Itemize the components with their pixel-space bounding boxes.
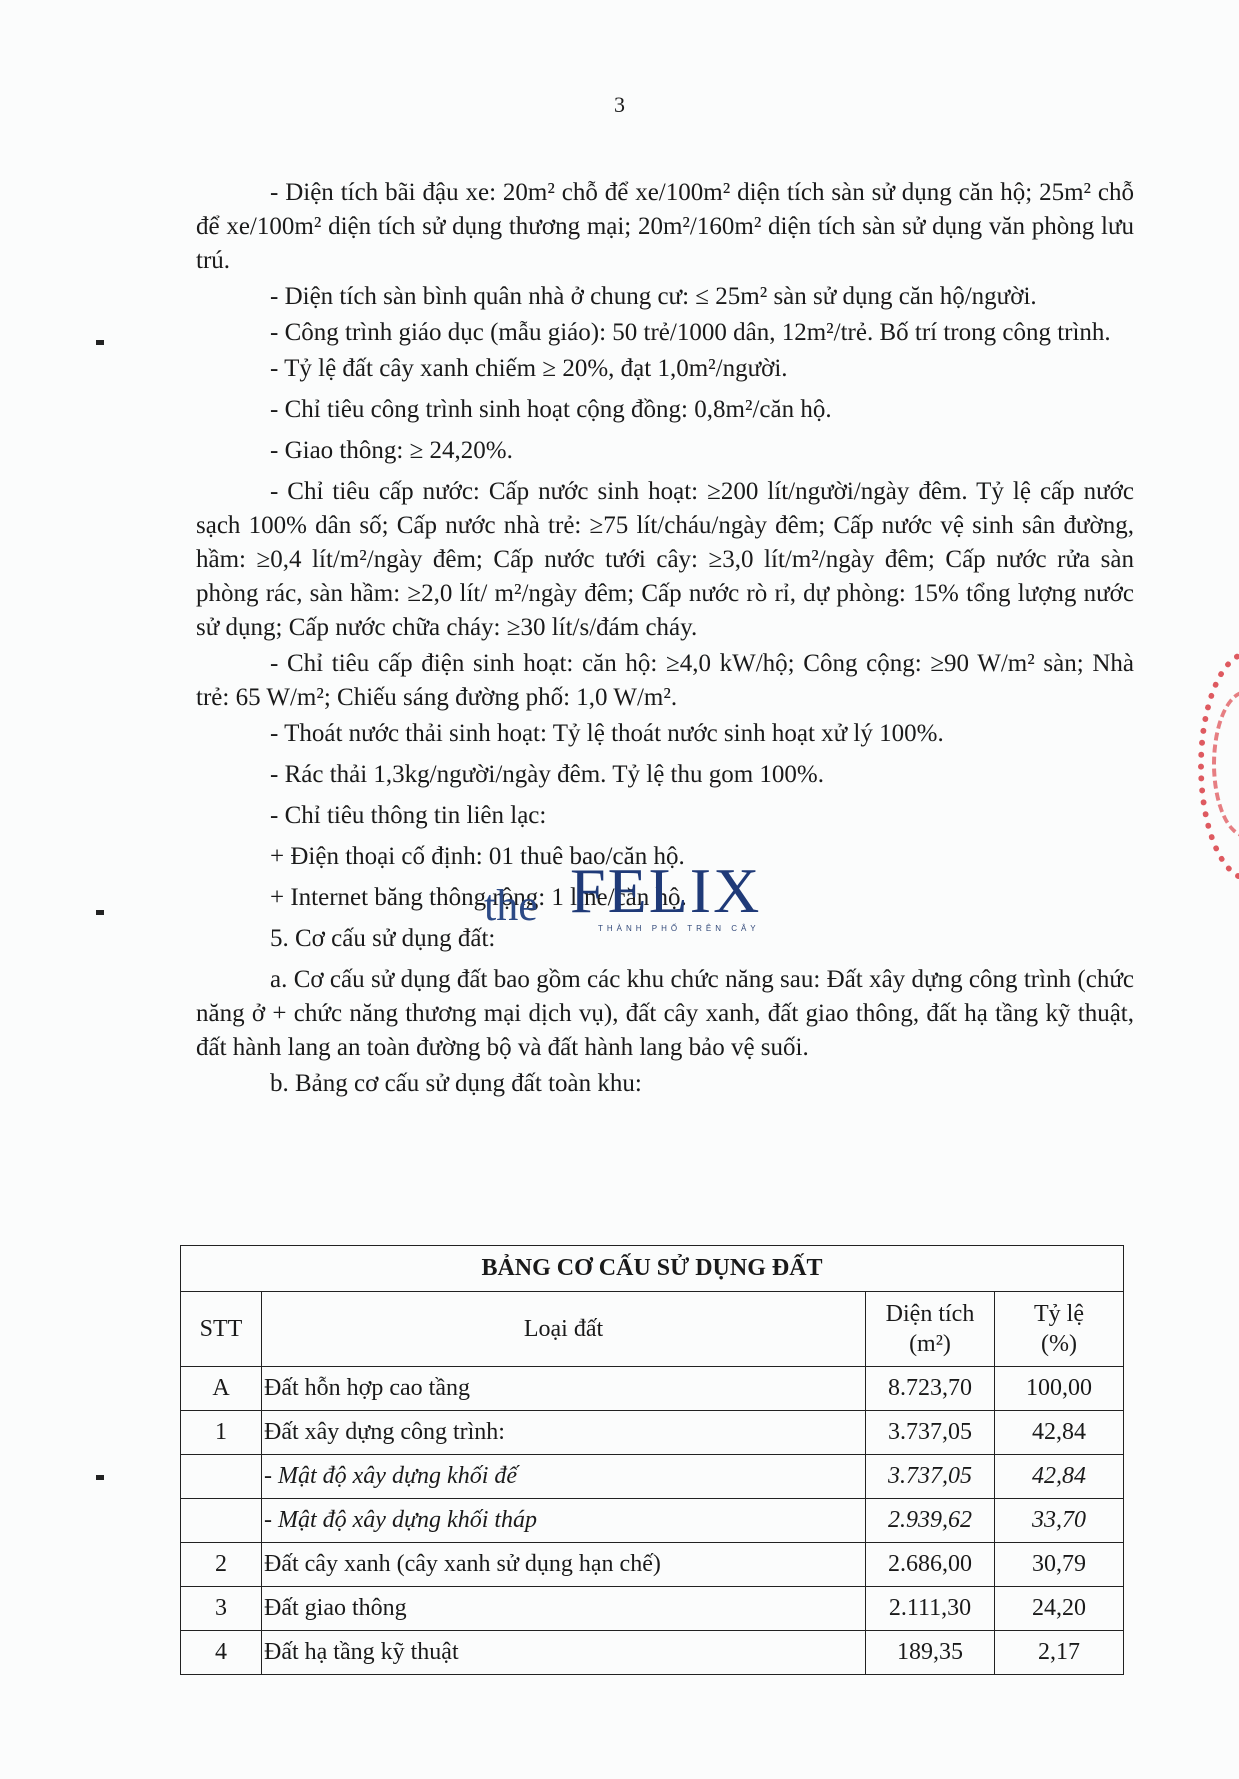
scan-mark [96,910,104,915]
header-ratio: Tỷ lệ(%) [995,1292,1124,1367]
row-ratio: 2,17 [995,1631,1124,1675]
row-land-type: - Mật độ xây dựng khối tháp [262,1499,866,1543]
land-use-table: BẢNG CƠ CẤU SỬ DỤNG ĐẤT STT Loại đất Diệ… [180,1245,1124,1675]
header-ratio-unit: (%) [1041,1331,1077,1357]
row-land-type: Đất hạ tầng kỹ thuật [262,1631,866,1675]
paragraph: - Giao thông: ≥ 24,20%. [196,434,1134,468]
row-area: 3.737,05 [866,1411,995,1455]
row-ratio: 42,84 [995,1455,1124,1499]
paragraph: - Thoát nước thải sinh hoạt: Tỷ lệ thoát… [196,717,1134,751]
scan-mark [96,340,104,345]
table-row: - Mật độ xây dựng khối đế3.737,0542,84 [181,1455,1124,1499]
row-ratio: 33,70 [995,1499,1124,1543]
table-row: 2Đất cây xanh (cây xanh sử dụng hạn chế)… [181,1543,1124,1587]
header-land-type: Loại đất [262,1292,866,1367]
page-number: 3 [0,92,1239,118]
table-row: 4Đất hạ tầng kỹ thuật189,352,17 [181,1631,1124,1675]
paragraph: - Diện tích bãi đậu xe: 20m² chỗ để xe/1… [196,176,1134,278]
paragraph: 5. Cơ cấu sử dụng đất: [196,922,1134,956]
row-area: 2.686,00 [866,1543,995,1587]
row-area: 2.939,62 [866,1499,995,1543]
row-land-type: Đất giao thông [262,1587,866,1631]
row-stt: 2 [181,1543,262,1587]
header-stt: STT [181,1292,262,1367]
row-land-type: Đất cây xanh (cây xanh sử dụng hạn chế) [262,1543,866,1587]
row-ratio: 42,84 [995,1411,1124,1455]
header-ratio-label: Tỷ lệ [1034,1301,1084,1327]
row-stt: 4 [181,1631,262,1675]
row-area: 8.723,70 [866,1367,995,1411]
row-stt: 1 [181,1411,262,1455]
paragraph: + Internet băng thông rộng: 1 line/căn h… [196,881,1134,915]
table-title: BẢNG CƠ CẤU SỬ DỤNG ĐẤT [181,1246,1124,1292]
paragraph: - Tỷ lệ đất cây xanh chiếm ≥ 20%, đạt 1,… [196,352,1134,386]
row-land-type: Đất hỗn hợp cao tầng [262,1367,866,1411]
row-land-type: - Mật độ xây dựng khối đế [262,1455,866,1499]
paragraph: + Điện thoại cố định: 01 thuê bao/căn hộ… [196,840,1134,874]
table-row: - Mật độ xây dựng khối tháp2.939,6233,70 [181,1499,1124,1543]
row-stt [181,1499,262,1543]
scan-mark [96,1475,104,1480]
row-ratio: 30,79 [995,1543,1124,1587]
paragraph: - Diện tích sàn bình quân nhà ở chung cư… [196,280,1134,314]
document-body: - Diện tích bãi đậu xe: 20m² chỗ để xe/1… [196,176,1134,1108]
paragraph: a. Cơ cấu sử dụng đất bao gồm các khu ch… [196,963,1134,1065]
row-area: 2.111,30 [866,1587,995,1631]
paragraph: - Chỉ tiêu cấp điện sinh hoạt: căn hộ: ≥… [196,647,1134,715]
table-row: AĐất hỗn hợp cao tầng8.723,70100,00 [181,1367,1124,1411]
paragraph: b. Bảng cơ cấu sử dụng đất toàn khu: [196,1067,1134,1101]
row-ratio: 100,00 [995,1367,1124,1411]
paragraph: - Chỉ tiêu cấp nước: Cấp nước sinh hoạt:… [196,475,1134,645]
table-row: 3Đất giao thông2.111,3024,20 [181,1587,1124,1631]
paragraph: - Rác thải 1,3kg/người/ngày đêm. Tỷ lệ t… [196,758,1134,792]
row-stt: 3 [181,1587,262,1631]
row-area: 3.737,05 [866,1455,995,1499]
row-area: 189,35 [866,1631,995,1675]
table-row: 1Đất xây dựng công trình:3.737,0542,84 [181,1411,1124,1455]
header-area-label: Diện tích [886,1301,975,1327]
row-stt [181,1455,262,1499]
paragraph: - Công trình giáo dục (mẫu giáo): 50 trẻ… [196,316,1134,350]
header-area: Diện tích(m²) [866,1292,995,1367]
paragraph: - Chỉ tiêu thông tin liên lạc: [196,799,1134,833]
row-ratio: 24,20 [995,1587,1124,1631]
row-land-type: Đất xây dựng công trình: [262,1411,866,1455]
header-area-unit: (m²) [909,1331,951,1357]
paragraph: - Chỉ tiêu công trình sinh hoạt cộng đồn… [196,393,1134,427]
row-stt: A [181,1367,262,1411]
